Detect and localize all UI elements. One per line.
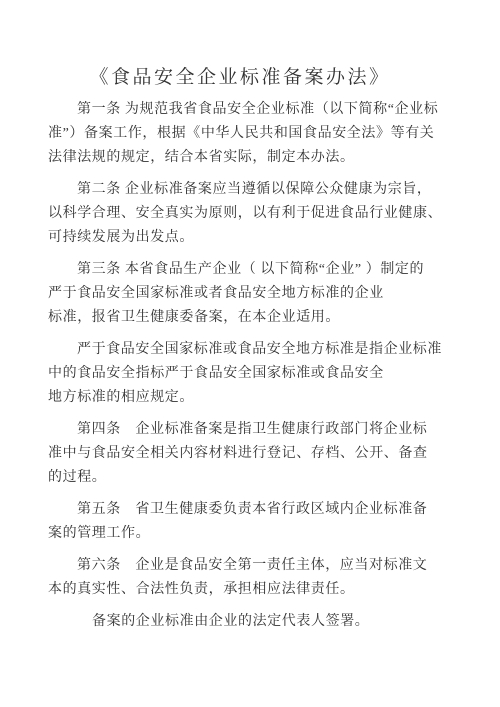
text-line: 可持续发展为出发点。 [48,226,466,250]
paragraph: 第六条 企业是食品安全第一责任主体，应当对标准文本的真实性、合法性负责，承担相应… [48,554,466,602]
text-line: 第六条 企业是食品安全第一责任主体，应当对标准文 [48,554,466,578]
text-line: 标准，报省卫生健康委备案，在本企业适用。 [48,306,466,330]
text-line: 第五条 省卫生健康委负责本省行政区域内企业标准备 [48,498,466,522]
paragraph: 备案的企业标准由企业的法定代表人签署。 [48,610,466,634]
text-line: 的过程。 [48,466,466,490]
text-line: 备案的企业标准由企业的法定代表人签署。 [48,610,466,634]
text-line: 本的真实性、合法性负责，承担相应法律责任。 [48,578,466,602]
text-line: 中的食品安全指标严于食品安全国家标准或食品安全 [48,362,466,386]
paragraph: 第五条 省卫生健康委负责本省行政区域内企业标准备案的管理工作。 [48,498,466,546]
text-line: 第二条 企业标准备案应当遵循以保障公众健康为宗旨， [48,178,466,202]
text-line: 地方标准的相应规定。 [48,386,466,410]
text-line: 第三条 本省食品生产企业（ 以下简称“企业” ）制定的 [48,258,466,282]
text-line: 严于食品安全国家标准或者食品安全地方标准的企业 [48,282,466,306]
paragraph: 第一条 为规范我省食品安全企业标准（以下简称“企业标准”）备案工作，根据《中华人… [48,98,466,170]
paragraph: 严于食品安全国家标准或食品安全地方标准是指企业标准中的食品安全指标严于食品安全国… [48,338,466,410]
text-line: 准”）备案工作，根据《中华人民共和国食品安全法》等有关 [48,122,466,146]
text-line: 法律法规的规定，结合本省实际，制定本办法。 [48,146,466,170]
text-line: 第四条 企业标准备案是指卫生健康行政部门将企业标 [48,418,466,442]
text-line: 以科学合理、安全真实为原则，以有利于促进食品行业健康、 [48,202,466,226]
paragraph: 第四条 企业标准备案是指卫生健康行政部门将企业标准中与食品安全相关内容材料进行登… [48,418,466,490]
paragraph: 第二条 企业标准备案应当遵循以保障公众健康为宗旨，以科学合理、安全真实为原则，以… [48,178,466,250]
text-line: 第一条 为规范我省食品安全企业标准（以下简称“企业标 [48,98,466,122]
document-body: 第一条 为规范我省食品安全企业标准（以下简称“企业标准”）备案工作，根据《中华人… [0,98,500,634]
document-page: 《食品安全企业标准备案办法》 第一条 为规范我省食品安全企业标准（以下简称“企业… [0,0,500,707]
document-title: 《食品安全企业标准备案办法》 [0,64,480,92]
text-line: 严于食品安全国家标准或食品安全地方标准是指企业标准 [48,338,466,362]
text-line: 准中与食品安全相关内容材料进行登记、存档、公开、备查 [48,442,466,466]
paragraph: 第三条 本省食品生产企业（ 以下简称“企业” ）制定的严于食品安全国家标准或者食… [48,258,466,330]
text-line: 案的管理工作。 [48,522,466,546]
